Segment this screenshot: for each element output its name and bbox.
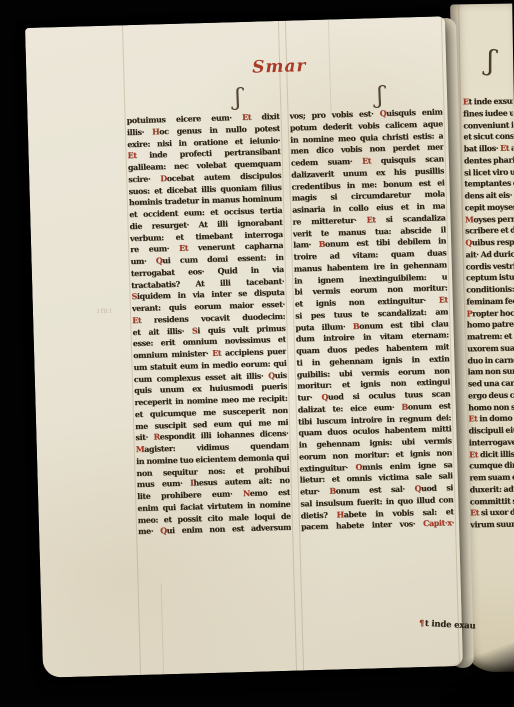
text-line: uxorem suam·	[467, 342, 514, 355]
ink-text: rem suam et ali	[469, 472, 514, 482]
margin-note: ımı	[97, 306, 113, 315]
text-line: homo non sepa	[468, 401, 514, 414]
rubricated-text: Et	[212, 349, 221, 358]
ink-text: si scandaliza	[375, 213, 445, 224]
ink-text: accipiens puer	[221, 347, 286, 358]
ink-text: homo patrem su	[467, 319, 514, 329]
text-line: homo patrem su	[467, 319, 514, 332]
ink-text: i quis vult primus	[197, 323, 285, 334]
ink-text: onum est tibi clau	[359, 319, 449, 330]
text-column-left: potuimus eicere eum· Et dixitillis· Hoc …	[126, 111, 291, 538]
ink-text: mus eum·	[137, 479, 191, 489]
ink-text: homo non sepa	[468, 402, 514, 412]
text-line: bat illos· Et a	[464, 143, 514, 156]
text-line: discipuli eius de	[469, 424, 514, 437]
paraph-mark-icon: ¶	[419, 618, 424, 628]
ink-text: sed una caro·	[468, 378, 514, 388]
ink-text: uis	[275, 370, 287, 379]
ink-text: uod si	[421, 483, 453, 493]
ink-text: dentes pharise	[464, 155, 514, 165]
rubricated-text: Et	[469, 450, 478, 459]
ink-text: fines iudee ul	[463, 108, 513, 118]
manuscript-page: Smar ʃ ʃ ımı potuimus eicere eum· Et dix…	[25, 16, 463, 677]
ink-text: ropter hoc re	[472, 308, 514, 318]
text-line: ergo deus coniu	[468, 389, 514, 402]
text-line: cepit moyses·	[465, 201, 514, 214]
ink-text: conditionis: mas	[466, 284, 514, 294]
ink-text: uisquis enim	[386, 107, 443, 118]
ink-text: illis·	[127, 127, 152, 137]
ink-text: conveniunt ite	[463, 120, 513, 130]
ink-text: oc genus in nullo potest	[159, 124, 280, 136]
running-head: Smar	[252, 56, 307, 78]
text-line: et sicut consue	[463, 131, 513, 144]
ink-text: puta illum·	[295, 321, 353, 332]
ink-text: um·	[130, 256, 155, 266]
ink-text: ait· Ad duricia	[465, 249, 514, 259]
parchment-crease	[328, 20, 332, 115]
parchment-crease	[161, 584, 165, 674]
text-line: conveniunt ite	[463, 119, 513, 132]
text-line: sed una caro·	[468, 377, 514, 390]
ink-text: cordis vestri scr	[466, 261, 514, 271]
text-line: Et inde exsurg	[463, 96, 513, 109]
ink-text: extinguitur·	[299, 462, 355, 473]
ink-text: vos; pro vobis est·	[289, 109, 379, 121]
text-line: Propter hoc re	[466, 307, 514, 320]
ink-text: virum suum et	[470, 519, 514, 529]
ink-text: oyses permi	[473, 214, 514, 224]
text-line: fines iudee ul	[463, 107, 513, 120]
ink-text: potuimus eicere eum·	[127, 113, 243, 125]
text-line: Quibus respon	[465, 236, 514, 249]
ink-text: uxorem suam·	[467, 343, 514, 353]
rubricated-text: Et	[179, 244, 188, 253]
ink-text: interrogaverun	[469, 437, 514, 447]
ink-text: ui enim non est adversum	[167, 523, 292, 535]
ink-text: pacem habete inter vos·	[301, 519, 423, 531]
ink-text: scribere et dimi	[465, 226, 514, 236]
next-page-text-column: Et inde exsurgfines iudee ulconveniunt i…	[463, 96, 514, 532]
ink-text: in domo iter	[477, 414, 514, 424]
ink-text: bat illos·	[464, 144, 501, 154]
ink-text: committit super	[470, 496, 514, 506]
pen-flourish-icon: ʃ	[376, 90, 384, 101]
pen-flourish-icon: ʃ	[485, 43, 498, 77]
ink-text: onum est sal·	[336, 484, 415, 495]
text-line: si licet viro uxo	[464, 166, 514, 179]
ink-text: dalizat te: eice eum·	[298, 402, 402, 414]
rubricated-text: Et	[132, 316, 141, 325]
ink-text: ceptum istud·	[466, 273, 514, 283]
rubricated-text: Et	[127, 151, 136, 160]
ink-text: si licet viro uxo	[464, 167, 514, 177]
ink-text: uibus respon	[472, 237, 514, 247]
text-line: Moyses permi	[465, 213, 514, 226]
ink-text: matrem: et adhe	[467, 331, 514, 341]
rubricated-text: Et	[470, 508, 479, 517]
text-line: committit super	[470, 495, 514, 508]
rubricated-text: Et	[468, 414, 477, 423]
ink-text: cedem suam·	[291, 157, 362, 168]
text-line: conditionis: mas	[466, 283, 514, 296]
rubricated-text: Et	[366, 215, 375, 224]
ink-text: duxerit: adulter	[470, 484, 514, 494]
ink-text: dicit illis· Q	[478, 449, 514, 459]
text-line: cordis vestri scr	[466, 260, 514, 273]
ink-text: emo est	[250, 488, 291, 498]
text-line: Et si uxor dimis	[470, 507, 514, 520]
photo-frame: ʃ Et inde exsurgfines iudee ulconveniunt…	[0, 0, 514, 707]
ink-text: feminam fecit	[466, 296, 514, 306]
ink-text: omnium minister·	[133, 349, 212, 360]
rubricated-text: Et	[362, 156, 371, 165]
ink-text: re eum·	[130, 244, 179, 254]
ink-text: lam·	[293, 240, 319, 250]
text-line: duo in carne un	[467, 354, 514, 367]
ink-text: venerunt capharna	[188, 241, 283, 253]
text-line: ceptum istud·	[466, 272, 514, 285]
ink-text: onum est	[408, 401, 451, 411]
text-line: feminam fecit	[466, 295, 514, 308]
text-line: Et dicit illis· Q	[469, 448, 514, 461]
ink-text: cepit moyses·	[465, 202, 514, 212]
ink-text: et sicut consue	[463, 132, 513, 142]
ink-text: duo in carne un	[467, 355, 514, 365]
text-line: iam non sunt d	[467, 366, 514, 379]
text-line: duxerit: adulter	[470, 483, 514, 496]
ink-text: mnis enim igne sa	[362, 460, 453, 472]
ink-text: quisquis scan	[371, 154, 444, 165]
text-line: ait· Ad duricia	[465, 248, 514, 261]
page-shadow	[440, 640, 514, 707]
ink-text: dietis?	[301, 510, 337, 520]
text-line: Et in domo iter	[468, 413, 514, 426]
rubricated-text: Et	[439, 295, 448, 304]
text-line: virum suum et	[470, 518, 514, 531]
ink-text: temptantes eu	[464, 179, 514, 189]
text-line: dens ait eis· Q	[464, 189, 514, 202]
ink-text: hesus autem ait: no	[193, 476, 290, 488]
ink-text: ocebat autem discipulos	[167, 171, 282, 183]
text-line: scribere et dimi	[465, 225, 514, 238]
ink-text: etur·	[300, 487, 330, 497]
ink-text: sit·	[135, 433, 153, 442]
ink-text: scire·	[128, 174, 160, 184]
text-line: cumque dimiser	[469, 460, 514, 473]
ink-text: re mitteretur·	[292, 215, 366, 226]
text-line: matrem: et adhe	[467, 330, 514, 343]
ink-text: a	[509, 143, 514, 152]
ink-text: me·	[138, 527, 160, 537]
ink-text: dens ait eis· Q	[464, 190, 514, 200]
ink-text: cumque dimiser	[469, 460, 514, 470]
ink-text: discipuli eius de	[469, 425, 514, 435]
ink-text: et ait illis·	[132, 326, 192, 337]
ink-text: si uxor dimis	[479, 507, 514, 517]
text-column-right: vos; pro vobis est· Quisquis enimpotum d…	[289, 106, 454, 533]
text-line: interrogaverun	[469, 436, 514, 449]
text-line: temptantes eu	[464, 178, 514, 191]
ink-text: tur·	[297, 393, 321, 403]
ink-text: ergo deus coniu	[468, 390, 514, 400]
ink-text: iam non sunt d	[468, 367, 514, 377]
ink-text: dixit	[251, 112, 280, 122]
text-line: dentes pharise	[464, 154, 514, 167]
ink-text: lite prohibere eum·	[137, 489, 243, 501]
ink-text: t inde exsurg	[468, 96, 513, 106]
pen-flourish-icon: ʃ	[234, 92, 242, 103]
rubricated-text: Capit·x·	[423, 518, 454, 528]
text-line: rem suam et ali	[469, 471, 514, 484]
